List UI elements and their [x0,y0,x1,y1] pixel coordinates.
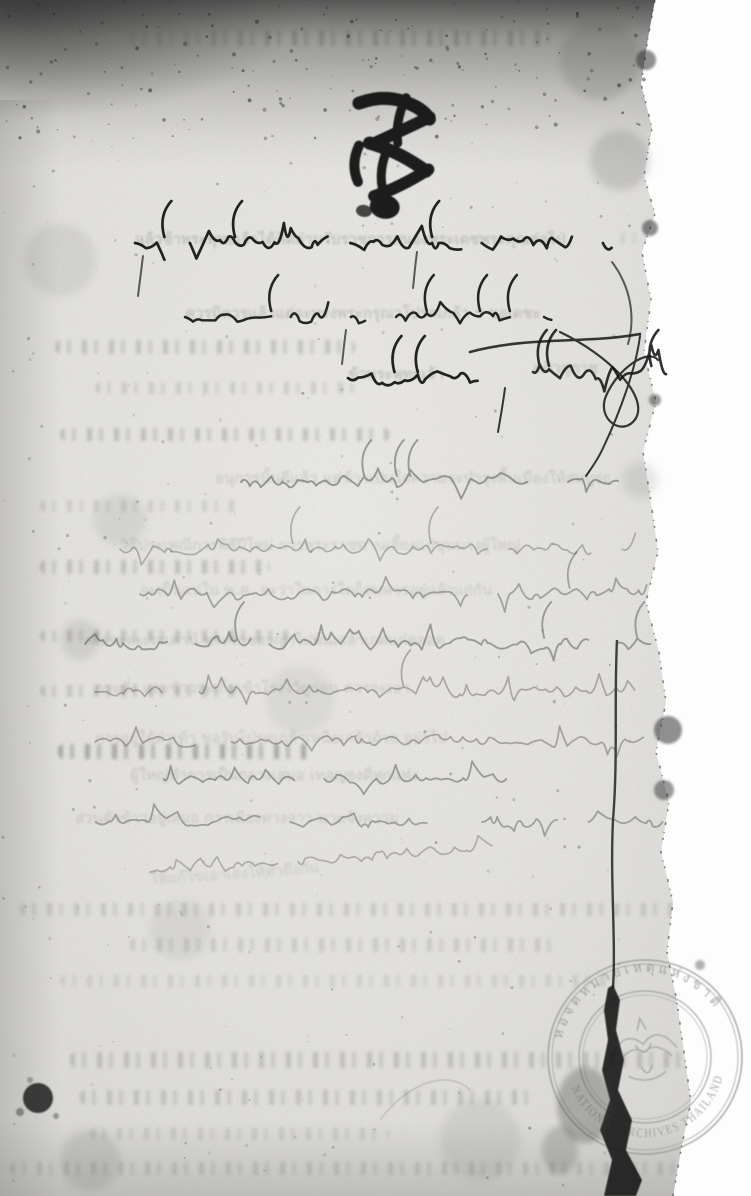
paper-grain-texture [0,0,751,1196]
scanned-document-page: แล้วข้าพระพุทธเจ้าได้คิดอ่านรับราชการสนอ… [0,0,751,1196]
